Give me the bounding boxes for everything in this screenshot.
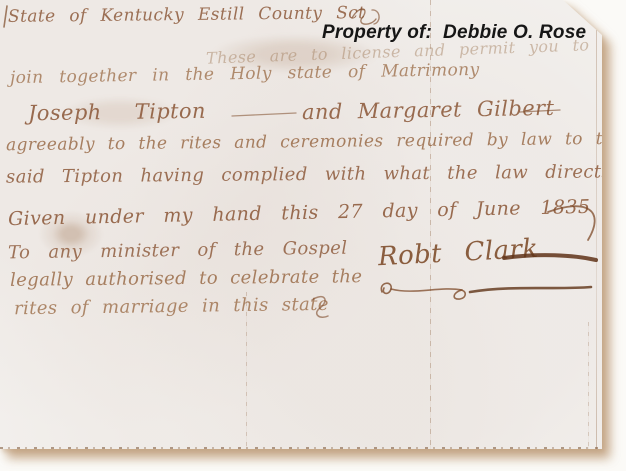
doc-line-given-date: Given under my hand this 27 day of June …: [8, 196, 591, 230]
scanned-document-image: State of Kentucky Estill County Sct Thes…: [0, 0, 626, 471]
doc-bride-name: and Margaret Gilbert: [302, 96, 555, 124]
doc-groom-name: Joseph Tipton: [28, 99, 206, 125]
doc-line-join-together: join together in the Holy state of Matri…: [10, 60, 480, 88]
signature-text: Robt Clark: [377, 234, 539, 272]
doc-line-rites-marriage: rites of marriage in this state: [14, 294, 329, 319]
paper-sheet: State of Kentucky Estill County Sct Thes…: [0, 0, 603, 449]
doc-line-complied: said Tipton having complied with what th…: [6, 161, 611, 187]
doc-line-heading: State of Kentucky Estill County Sct: [8, 3, 366, 27]
paper-shadow-wrap: State of Kentucky Estill County Sct Thes…: [0, 0, 626, 471]
doc-line-agreeably: agreeably to the rites and ceremonies re…: [6, 129, 625, 155]
doc-line-to-minister: To any minister of the Gospel: [8, 238, 348, 264]
watermark-text: Property of: Debbie O. Rose: [322, 22, 586, 44]
fold-crease-right: [588, 322, 589, 449]
paper-right-edge-line: [596, 30, 597, 449]
doc-line-authorised: legally authorised to celebrate the: [10, 266, 363, 291]
